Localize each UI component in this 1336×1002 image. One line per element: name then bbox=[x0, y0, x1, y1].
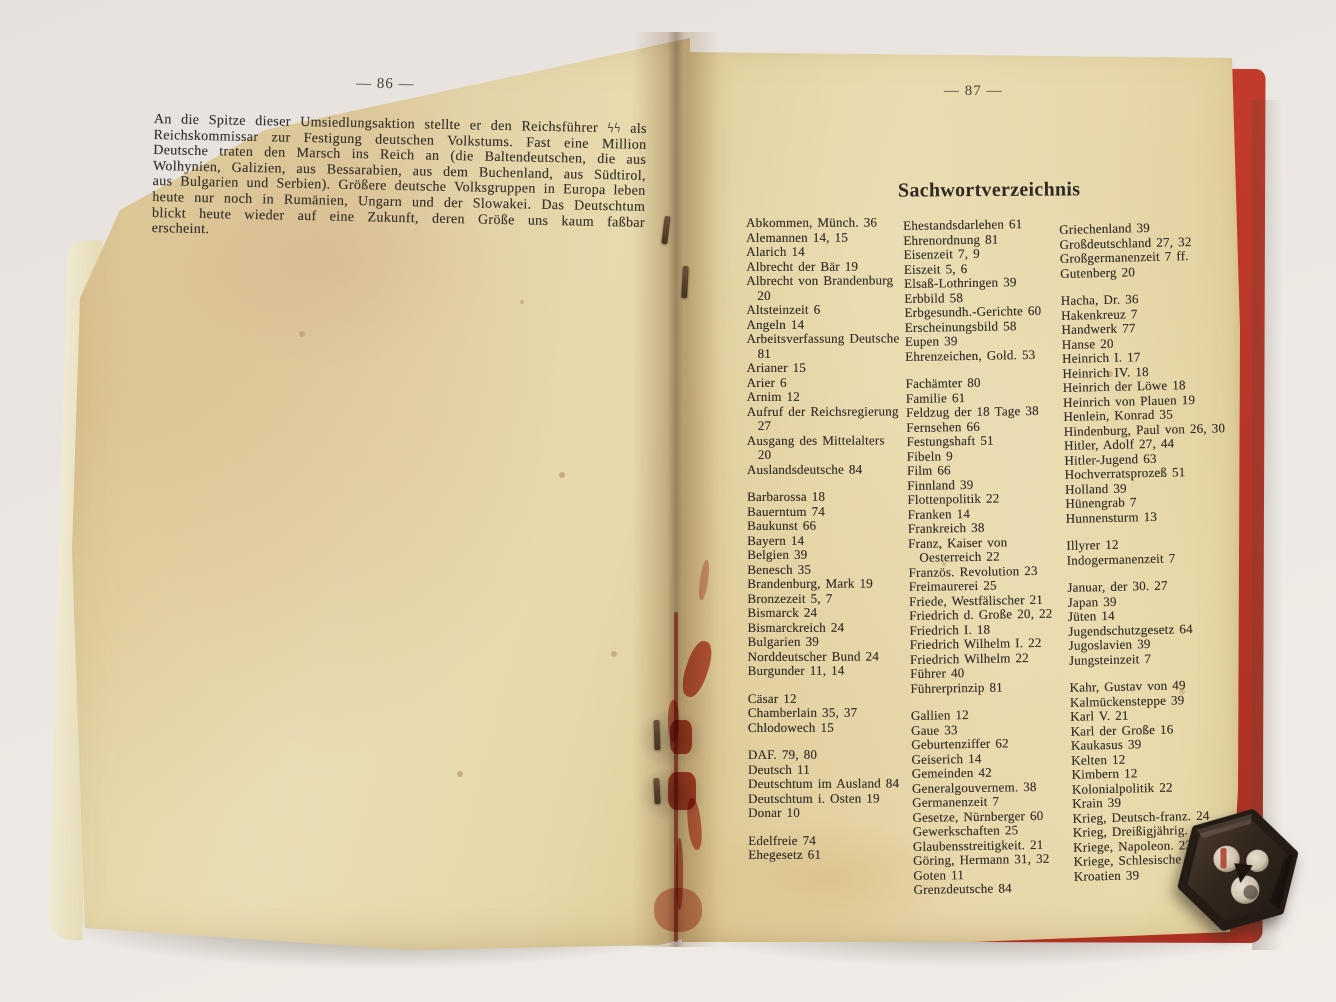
index-title: Sachwortverzeichnis bbox=[898, 178, 1080, 202]
index-entry: Abkommen, Münch. 36 bbox=[746, 215, 899, 230]
index-entry: Jungsteinzeit 7 bbox=[1069, 650, 1239, 668]
index-group: Fachämter 80Familie 61Feldzug der 18 Tag… bbox=[905, 375, 1063, 696]
index-group: Hacha, Dr. 36Hakenkreuz 7Handwerk 77Hans… bbox=[1061, 290, 1236, 526]
index-entry: Baukunst 66 bbox=[747, 518, 900, 533]
index-group: Edelfreie 74Ehegesetz 61 bbox=[748, 833, 901, 863]
red-cover-through-hole bbox=[1220, 848, 1226, 868]
index-entry: Arianer 15 bbox=[747, 360, 900, 375]
red-stain bbox=[654, 888, 702, 932]
staple bbox=[653, 720, 660, 750]
index-entry: Arbeitsverfassung Deutsche 81 bbox=[746, 331, 899, 361]
index-group: Abkommen, Münch. 36Alemannen 14, 15Alari… bbox=[746, 215, 900, 477]
photo-open-book: — 86 — An die Spitze dieser Umsiedlungsa… bbox=[0, 0, 1336, 1002]
index-entry: Burgunder 11, 14 bbox=[748, 663, 901, 678]
body-paragraph: An die Spitze dieser Umsiedlungsaktion s… bbox=[151, 112, 646, 247]
index-entry: Göring, Hermann 31, 32 bbox=[913, 852, 1066, 869]
index-entry: Hunnensturm 13 bbox=[1066, 508, 1236, 526]
index-entry: Indogermanenzeit 7 bbox=[1066, 550, 1236, 568]
index-entry: Donar 10 bbox=[748, 805, 901, 820]
index-entry: Alemannen 14, 15 bbox=[746, 230, 899, 245]
red-stain bbox=[670, 720, 692, 754]
index-entry: Ausgang des Mittelalters 20 bbox=[747, 433, 900, 463]
index-entry: Bayern 14 bbox=[747, 533, 900, 548]
index-column-2: Ehestandsdarlehen 61Ehrenordnung 81Eisen… bbox=[903, 217, 1067, 911]
index-entry: Chlodowech 15 bbox=[748, 720, 901, 735]
page-number-left: — 86 — bbox=[356, 76, 415, 94]
index-group: Ehestandsdarlehen 61Ehrenordnung 81Eisen… bbox=[903, 217, 1058, 364]
index-entry: Edelfreie 74 bbox=[748, 833, 901, 848]
index-entry: Deutschtum i. Osten 19 bbox=[748, 791, 901, 806]
index-entry: Feldzug der 18 Tage 38 bbox=[906, 404, 1059, 421]
index-entry: Aufruf der Reichsregierung 27 bbox=[747, 404, 900, 434]
index-entry: Führerprinzip 81 bbox=[910, 679, 1063, 696]
index-entry: Bauerntum 74 bbox=[747, 504, 900, 519]
foxing-spots bbox=[0, 0, 4, 4]
index-group: Januar, der 30. 27Japan 39Jüten 14Jugend… bbox=[1067, 577, 1239, 668]
index-group: Griechenland 39Großdeutschland 27, 32Gro… bbox=[1059, 219, 1230, 281]
index-entry: Ehrenzeichen, Gold. 53 bbox=[905, 347, 1058, 364]
index-group: Illyrer 12Indogermanenzeit 7 bbox=[1066, 535, 1237, 568]
index-column-3: Griechenland 39Großdeutschland 27, 32Gro… bbox=[1059, 219, 1244, 897]
index-entry: Belgien 39 bbox=[747, 547, 900, 562]
index-entry: Arier 6 bbox=[747, 375, 900, 390]
index-group: DAF. 79, 80Deutsch 11Deutschtum im Ausla… bbox=[748, 747, 901, 820]
index-entry: Gutenberg 20 bbox=[1060, 263, 1230, 281]
staple bbox=[653, 778, 660, 804]
index-entry: Arnim 12 bbox=[747, 389, 900, 404]
index-entry: Bismarck 24 bbox=[747, 605, 900, 620]
index-group: Gallien 12Gaue 33Geburtenziffer 62Geiser… bbox=[911, 707, 1067, 898]
index-entry: Chamberlain 35, 37 bbox=[748, 705, 901, 720]
index-entry: Bulgarien 39 bbox=[747, 634, 900, 649]
index-column-1: Abkommen, Münch. 36Alemannen 14, 15Alari… bbox=[746, 215, 901, 875]
threading-die bbox=[1165, 797, 1310, 942]
index-entry: Altsteinzeit 6 bbox=[746, 302, 899, 317]
index-entry: Alarich 14 bbox=[746, 244, 899, 259]
index-entry: Franz, Kaiser von Oesterreich 22 bbox=[908, 534, 1061, 565]
index-entry: Grenzdeutsche 84 bbox=[913, 881, 1066, 898]
index-group: Barbarossa 18Bauerntum 74Baukunst 66Baye… bbox=[747, 489, 901, 678]
index-entry: DAF. 79, 80 bbox=[748, 747, 901, 762]
index-entry: Deutschtum im Ausland 84 bbox=[748, 776, 901, 791]
index-entry: Brandenburg, Mark 19 bbox=[747, 576, 900, 591]
index-group: Cäsar 12Chamberlain 35, 37Chlodowech 15 bbox=[748, 691, 901, 735]
index-entry: Albrecht von Brandenburg 20 bbox=[746, 273, 899, 303]
index-entry: Ehegesetz 61 bbox=[748, 847, 901, 862]
index-entry: Bismarckreich 24 bbox=[747, 620, 900, 635]
page-number-right: — 87 — bbox=[944, 83, 1003, 100]
index-entry: Auslandsdeutsche 84 bbox=[747, 462, 900, 477]
index-entry: Barbarossa 18 bbox=[747, 489, 900, 504]
index-entry: Bronzezeit 5, 7 bbox=[747, 591, 900, 606]
